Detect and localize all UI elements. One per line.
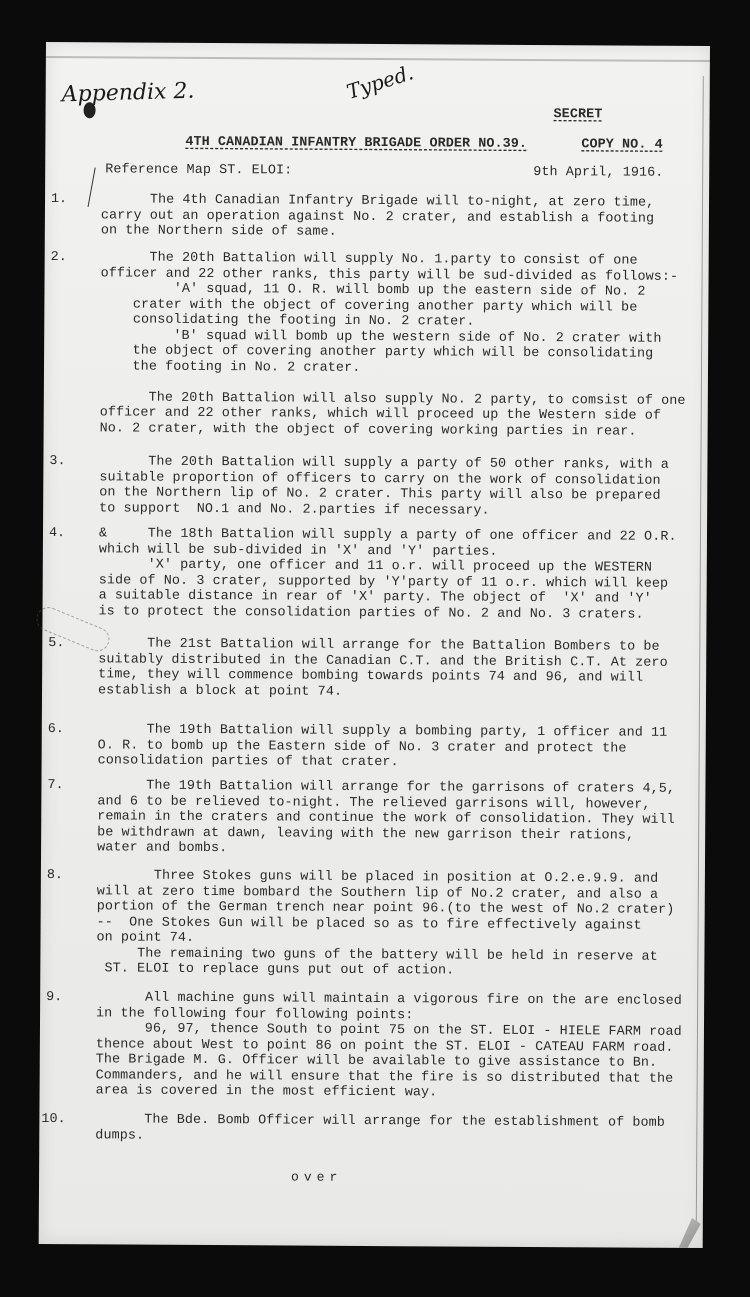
- paragraph-number: 8.: [47, 868, 63, 883]
- paragraph-number: 10.: [41, 1112, 65, 1127]
- order-title: 4TH CANADIAN INFANTRY BRIGADE ORDER NO.3…: [185, 135, 527, 153]
- paragraph-number: 4.: [49, 526, 65, 541]
- handwritten-typed-note: Typed.: [344, 60, 416, 104]
- paragraph-line: No. 2 crater, with the object of coverin…: [100, 421, 637, 440]
- paragraph-number: 3.: [49, 454, 65, 469]
- over-footer: over: [291, 1170, 342, 1185]
- paragraph-line: dumps.: [95, 1128, 144, 1144]
- paragraph-number: 9.: [46, 990, 62, 1005]
- paragraph-line: establish a block at point 74.: [98, 683, 342, 700]
- paragraph-number: 5.: [48, 636, 64, 651]
- pencil-tick-mark: [88, 168, 96, 208]
- paragraph-line: is to protect the consolidation parties …: [98, 604, 643, 623]
- copy-number: COPY NO. 4: [581, 137, 662, 153]
- paragraph-line: area is covered in the most efficient wa…: [96, 1083, 438, 1101]
- paragraph-number: 7.: [47, 778, 63, 793]
- order-paragraphs: 1. The 4th Canadian Infantry Brigade wil…: [46, 42, 710, 46]
- paragraph-line: ST. ELOI to replace guns put out of acti…: [96, 961, 454, 979]
- paragraph-line: water and bombs.: [97, 840, 227, 856]
- page-edge: [696, 76, 704, 1228]
- handwritten-appendix-note: Appendix 2.: [61, 79, 194, 108]
- paragraph-line: consolidation parties of that crater.: [98, 753, 399, 770]
- reference-map: Reference Map ST. ELOI:: [105, 162, 292, 179]
- paragraph-line: The Bde. Bomb Officer will arrange for t…: [95, 1112, 665, 1131]
- paragraph-line: on the Northern side of same.: [101, 223, 337, 240]
- paragraph-line: the footing in No. 2 crater.: [100, 359, 360, 376]
- classification-label: SECRET: [554, 107, 603, 123]
- paragraph-line: to support NO.1 and No. 2.parties if nec…: [99, 501, 490, 519]
- paragraph-number: 1.: [51, 192, 67, 207]
- order-date: 9th April, 1916.: [533, 165, 663, 181]
- page-corner-curl: [679, 1218, 701, 1248]
- document-page: Appendix 2. Typed. SECRET 4TH CANADIAN I…: [39, 42, 710, 1248]
- paragraph-line: on point 74.: [96, 930, 194, 946]
- paragraph-number: 2.: [51, 250, 67, 265]
- paragraph-number: 6.: [48, 722, 64, 737]
